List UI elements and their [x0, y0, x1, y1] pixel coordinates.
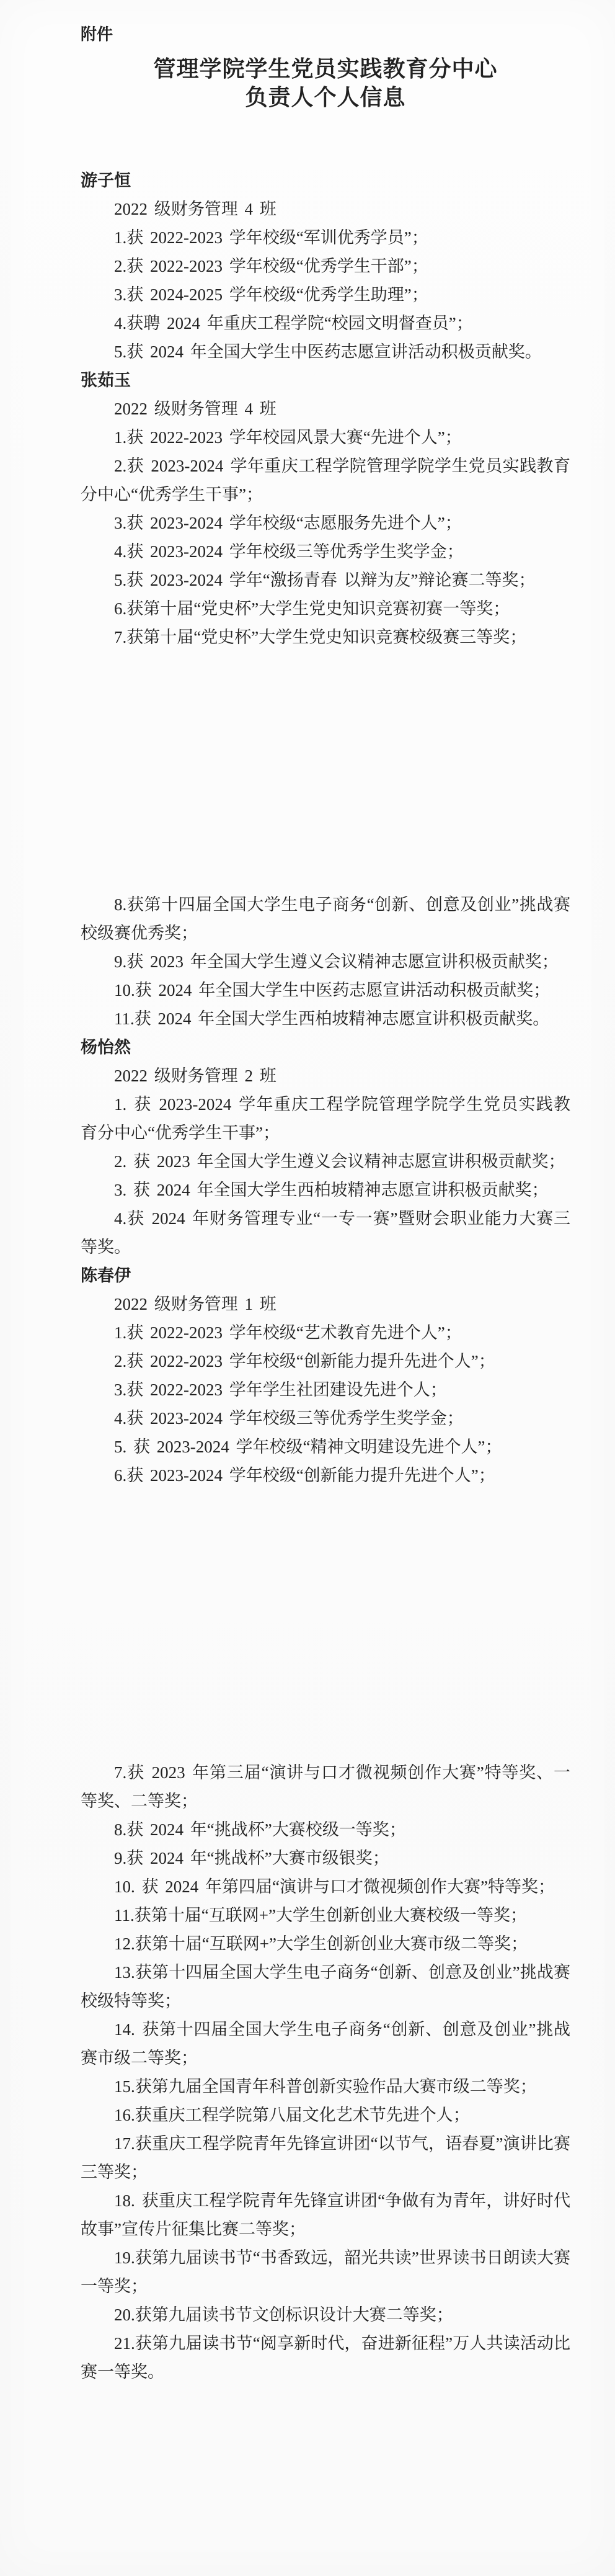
award-item: 5. 获 2023-2024 学年校级“精神文明建设先进个人”； [81, 1433, 570, 1461]
award-item: 1. 获 2023-2024 学年重庆工程学院管理学院学生党员实践教育分中心“优… [81, 1090, 570, 1147]
document-content: 附件 管理学院学生党员实践教育分中心 负责人个人信息 游子恒2022 级财务管理… [0, 0, 615, 2386]
award-item: 3.获 2022-2023 学年学生社团建设先进个人； [81, 1375, 570, 1404]
award-item: 6.获 2023-2024 学年校级“创新能力提升先进个人”； [81, 1461, 570, 1490]
person-section: 游子恒2022 级财务管理 4 班1.获 2022-2023 学年校级“军训优秀… [81, 166, 570, 366]
award-item: 19.获第九届读书节“书香致远，韶光共读”世界读书日朗读大赛一等奖； [81, 2243, 570, 2301]
award-item: 5.获 2023-2024 学年“激扬青春 以辩为友”辩论赛二等奖； [81, 566, 570, 594]
award-item: 3.获 2023-2024 学年校级“志愿服务先进个人”； [81, 509, 570, 537]
award-item: 4.获 2024 年财务管理专业“一专一赛”暨财会职业能力大赛三等奖。 [81, 1204, 570, 1261]
award-item: 9.获 2023 年全国大学生遵义会议精神志愿宣讲积极贡献奖； [81, 947, 570, 976]
award-item: 8.获第十四届全国大学生电子商务“创新、创意及创业”挑战赛校级赛优秀奖； [81, 890, 570, 947]
award-item: 20.获第九届读书节文创标识设计大赛二等奖； [81, 2301, 570, 2329]
award-item: 3.获 2024-2025 学年校级“优秀学生助理”； [81, 280, 570, 309]
person-name: 杨怡然 [81, 1033, 570, 1062]
page-break-gap [81, 651, 570, 890]
award-item: 11.获 2024 年全国大学生西柏坡精神志愿宣讲积极贡献奖。 [81, 1004, 570, 1033]
award-item: 2.获 2022-2023 学年校级“优秀学生干部”； [81, 252, 570, 280]
person-section: 张茹玉2022 级财务管理 4 班1.获 2022-2023 学年校园风景大赛“… [81, 366, 570, 1033]
award-item: 1.获 2022-2023 学年校园风景大赛“先进个人”； [81, 423, 570, 452]
document-title-line2: 负责人个人信息 [81, 83, 570, 112]
award-item: 7.获第十届“党史杯”大学生党史知识竞赛校级赛三等奖； [81, 623, 570, 651]
person-section: 杨怡然2022 级财务管理 2 班1. 获 2023-2024 学年重庆工程学院… [81, 1033, 570, 1261]
person-class: 2022 级财务管理 2 班 [81, 1062, 570, 1090]
person-name: 游子恒 [81, 166, 570, 195]
person-section: 陈春伊2022 级财务管理 1 班1.获 2022-2023 学年校级“艺术教育… [81, 1261, 570, 2386]
page-break-gap [81, 1490, 570, 1758]
award-item: 10.获 2024 年全国大学生中医药志愿宣讲活动积极贡献奖； [81, 976, 570, 1004]
award-item: 17.获重庆工程学院青年先锋宣讲团“以节气，语春夏”演讲比赛三等奖； [81, 2129, 570, 2186]
award-item: 2.获 2022-2023 学年校级“创新能力提升先进个人”； [81, 1347, 570, 1375]
award-item: 6.获第十届“党史杯”大学生党史知识竞赛初赛一等奖； [81, 594, 570, 623]
award-item: 10. 获 2024 年第四届“演讲与口才微视频创作大赛”特等奖； [81, 1872, 570, 1901]
award-item: 4.获 2023-2024 学年校级三等优秀学生奖学金； [81, 537, 570, 566]
document-title-line1: 管理学院学生党员实践教育分中心 [81, 55, 570, 83]
award-item: 9.获 2024 年“挑战杯”大赛市级银奖； [81, 1844, 570, 1872]
award-item: 8.获 2024 年“挑战杯”大赛校级一等奖； [81, 1815, 570, 1844]
award-item: 16.获重庆工程学院第八届文化艺术节先进个人； [81, 2101, 570, 2129]
award-item: 4.获聘 2024 年重庆工程学院“校园文明督查员”； [81, 309, 570, 338]
person-class: 2022 级财务管理 4 班 [81, 195, 570, 223]
document-page: 附件 管理学院学生党员实践教育分中心 负责人个人信息 游子恒2022 级财务管理… [0, 0, 615, 2576]
document-title: 管理学院学生党员实践教育分中心 负责人个人信息 [81, 55, 570, 112]
award-item: 4.获 2023-2024 学年校级三等优秀学生奖学金； [81, 1404, 570, 1433]
person-name: 张茹玉 [81, 366, 570, 395]
award-item: 1.获 2022-2023 学年校级“艺术教育先进个人”； [81, 1318, 570, 1347]
award-item: 18. 获重庆工程学院青年先锋宣讲团“争做有为青年，讲好时代故事”宣传片征集比赛… [81, 2186, 570, 2243]
award-item: 7.获 2023 年第三届“演讲与口才微视频创作大赛”特等奖、一等奖、二等奖； [81, 1758, 570, 1815]
person-class: 2022 级财务管理 4 班 [81, 395, 570, 423]
award-item: 12.获第十届“互联网+”大学生创新创业大赛市级二等奖； [81, 1930, 570, 1958]
award-item: 14. 获第十四届全国大学生电子商务“创新、创意及创业”挑战赛市级二等奖； [81, 2015, 570, 2072]
award-item: 13.获第十四届全国大学生电子商务“创新、创意及创业”挑战赛校级特等奖； [81, 1958, 570, 2015]
attachment-label: 附件 [81, 24, 570, 45]
award-item: 3. 获 2024 年全国大学生西柏坡精神志愿宣讲积极贡献奖； [81, 1176, 570, 1204]
award-item: 11.获第十届“互联网+”大学生创新创业大赛校级一等奖； [81, 1901, 570, 1930]
award-item: 5.获 2024 年全国大学生中医药志愿宣讲活动积极贡献奖。 [81, 338, 570, 366]
people-list: 游子恒2022 级财务管理 4 班1.获 2022-2023 学年校级“军训优秀… [81, 166, 570, 2386]
award-item: 15.获第九届全国青年科普创新实验作品大赛市级二等奖； [81, 2072, 570, 2101]
award-item: 21.获第九届读书节“阅享新时代，奋进新征程”万人共读活动比赛一等奖。 [81, 2329, 570, 2386]
award-item: 1.获 2022-2023 学年校级“军训优秀学员”； [81, 223, 570, 252]
person-class: 2022 级财务管理 1 班 [81, 1290, 570, 1318]
award-item: 2.获 2023-2024 学年重庆工程学院管理学院学生党员实践教育分中心“优秀… [81, 452, 570, 509]
person-name: 陈春伊 [81, 1261, 570, 1290]
award-item: 2. 获 2023 年全国大学生遵义会议精神志愿宣讲积极贡献奖； [81, 1147, 570, 1176]
